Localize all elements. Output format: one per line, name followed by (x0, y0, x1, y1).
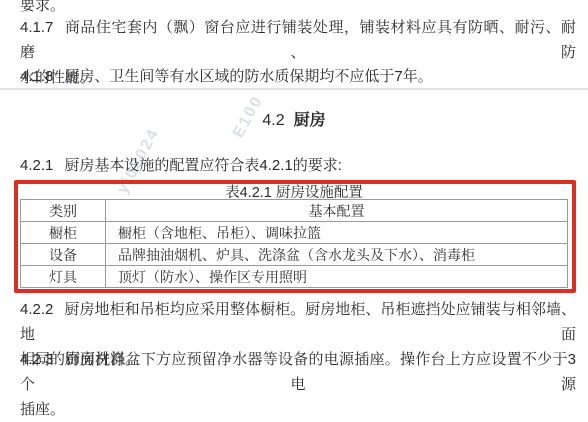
clause-line: 4.2.1厨房基本设施的配置应符合表4.2.1的要求: (20, 153, 576, 178)
page-seam-divider (0, 88, 588, 90)
clause-line: 4.1.7商品住宅套内（飘）窗台应进行铺装处理，铺装材料应具有防晒、耐污、耐磨、… (20, 15, 576, 65)
clause-number: 4.2.1 (20, 157, 53, 174)
clause-4-2-3: 4.2.3厨房洗涤盆下方应预留净水器等设备的电源插座。操作台上方应设置不少于3个… (20, 347, 576, 422)
clause-line: 4.2.3厨房洗涤盆下方应预留净水器等设备的电源插座。操作台上方应设置不少于3个… (20, 347, 576, 397)
table-row: 灯具 顶灯（防水）、操作区专用照明 (21, 266, 568, 288)
clause-number: 4.1.7 (20, 19, 53, 36)
clause-4-1-8: 4.1.8厨房、卫生间等有水区域的防水质保期均不应低于7年。 (20, 64, 576, 89)
clause-text: 厨房洗涤盆下方应预留净水器等设备的电源插座。操作台上方应设置不少于3个电源 (20, 351, 576, 393)
clipped-text: 要求。 (20, 0, 320, 12)
col-header-category: 类别 (21, 200, 106, 222)
clause-4-2-1: 4.2.1厨房基本设施的配置应符合表4.2.1的要求: (20, 153, 576, 178)
clause-line: 4.2.2厨房地柜和吊柜均应采用整体橱柜。厨房地柜、吊柜遮挡处应铺装与相邻墙、地… (20, 297, 576, 347)
clause-number: 4.2.3 (20, 351, 53, 368)
section-title: 厨房 (294, 112, 326, 129)
clause-text: 厨房基本设施的配置应符合表4.2.1的要求: (64, 157, 342, 174)
table-header-row: 类别 基本配置 (21, 200, 568, 222)
cell-category: 灯具 (21, 266, 106, 288)
col-header-config: 基本配置 (106, 200, 568, 222)
clause-line: 4.1.8厨房、卫生间等有水区域的防水质保期均不应低于7年。 (20, 64, 576, 89)
clause-line: 插座。 (20, 397, 576, 422)
cell-category: 橱柜 (21, 222, 106, 244)
cell-category: 设备 (21, 244, 106, 266)
table-row: 橱柜 橱柜（含地柜、吊柜）、调味拉篮 (21, 222, 568, 244)
kitchen-facility-table: 类别 基本配置 橱柜 橱柜（含地柜、吊柜）、调味拉篮 设备 品牌抽油烟机、炉具、… (20, 199, 568, 288)
clipped-previous-line: 要求。 (20, 0, 320, 12)
cell-config: 品牌抽油烟机、炉具、洗涤盆（含水龙头及下水）、消毒柜 (106, 244, 568, 266)
clause-text: 商品住宅套内（飘）窗台应进行铺装处理，铺装材料应具有防晒、耐污、耐磨、防 (20, 19, 576, 61)
table-row: 设备 品牌抽油烟机、炉具、洗涤盆（含水龙头及下水）、消毒柜 (21, 244, 568, 266)
cell-config: 顶灯（防水）、操作区专用照明 (106, 266, 568, 288)
clause-number: 4.2.2 (20, 301, 53, 318)
clause-number: 4.1.8 (20, 68, 53, 85)
section-heading: 4.2厨房 (0, 107, 588, 130)
document-page: yi02024 E100 要求。 4.1.7商品住宅套内（飘）窗台应进行铺装处理… (0, 0, 588, 422)
section-number: 4.2 (262, 112, 284, 129)
clause-text: 厨房、卫生间等有水区域的防水质保期均不应低于7年。 (64, 68, 432, 85)
cell-config: 橱柜（含地柜、吊柜）、调味拉篮 (106, 222, 568, 244)
clause-text: 厨房地柜和吊柜均应采用整体橱柜。厨房地柜、吊柜遮挡处应铺装与相邻墙、地面 (20, 301, 576, 343)
